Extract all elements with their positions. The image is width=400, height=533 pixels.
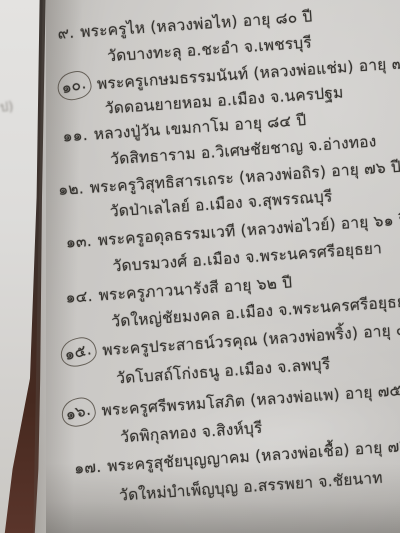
entry-number: ๙. (57, 20, 75, 46)
left-page-text-fragment: ป) (0, 95, 14, 117)
entry-number: ๑๓. (65, 228, 93, 255)
entry-number: ๑๒. (57, 175, 84, 202)
entry-number: ๑๔. (65, 283, 94, 310)
entry-number: ๑๗. (73, 454, 102, 481)
entry-number: ๑๑. (62, 122, 89, 149)
entry-number: ๑๕. (58, 334, 100, 370)
entry-number: ๑๐. (54, 68, 94, 103)
book-page-photo: ป) ๙.พระครูไห (หลวงพ่อไห) อายุ ๘๐ ปี วัด… (0, 0, 400, 533)
printed-text-block: ๙.พระครูไห (หลวงพ่อไห) อายุ ๘๐ ปี วัดบาง… (38, 0, 400, 529)
